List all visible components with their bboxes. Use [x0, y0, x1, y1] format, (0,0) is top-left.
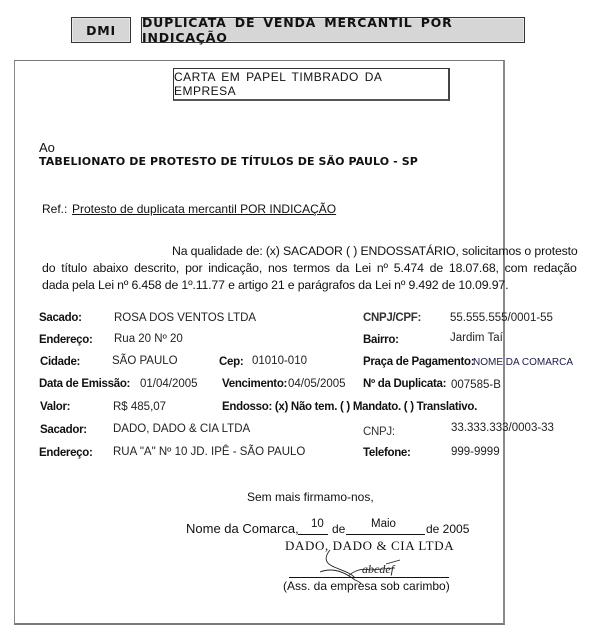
- valor-value: R$ 485,07: [113, 401, 166, 413]
- sacado-value: ROSA DOS VENTOS LTDA: [114, 312, 256, 324]
- document-title: DUPLICATA DE VENDA MERCANTIL POR INDICAÇ…: [142, 15, 524, 45]
- endereco-label: Endereço:: [39, 334, 93, 346]
- document-code: DMI: [86, 23, 116, 38]
- bairro-label: Bairro:: [363, 334, 399, 346]
- cidade-value: SÃO PAULO: [112, 355, 178, 367]
- vencimento-label: Vencimento:: [222, 378, 287, 390]
- endereco-sacador-label: Endereço:: [39, 447, 93, 459]
- body-line-2: do título abaixo descrito, por indicação…: [42, 261, 577, 275]
- closing-text: Sem mais firmamo-nos,: [247, 490, 374, 504]
- addressee: TABELIONATO DE PROTESTO DE TÍTULOS DE SÃ…: [39, 155, 418, 168]
- endosso-text: Endosso: (x) Não tem. ( ) Mandato. ( ) T…: [222, 401, 477, 413]
- cidade-label: Cidade:: [40, 356, 80, 368]
- day-underline: [298, 534, 328, 535]
- praca-pagamento-label: Praça de Pagamento:: [363, 356, 474, 368]
- date-de: de: [332, 522, 345, 536]
- letterhead-text: CARTA EM PAPEL TIMBRADO DA EMPRESA: [174, 70, 448, 98]
- date-day: 10: [311, 518, 324, 530]
- date-month: Maio: [371, 518, 396, 530]
- cep-label: Cep:: [219, 356, 243, 368]
- numero-duplicata-label: Nº da Duplicata:: [363, 378, 446, 390]
- document-title-box: DUPLICATA DE VENDA MERCANTIL POR INDICAÇ…: [141, 17, 525, 43]
- vencimento-value: 04/05/2005: [288, 378, 346, 390]
- sacado-label: Sacado:: [39, 312, 82, 324]
- cnpj-value: 33.333.333/0003-33: [451, 422, 554, 434]
- signature-line: [289, 577, 449, 578]
- data-emissao-value: 01/04/2005: [140, 378, 198, 390]
- cnpj-cpf-value: 55.555.555/0001-55: [450, 312, 553, 324]
- document-code-box: DMI: [71, 17, 131, 43]
- salutation: Ao: [39, 140, 55, 155]
- reference-label: Ref.:: [42, 202, 67, 216]
- signature-scribble-text: abcdef: [362, 562, 396, 576]
- bairro-value: Jardim Taí: [450, 332, 503, 344]
- cep-value: 01010-010: [252, 355, 307, 367]
- body-line-3: dada pela Lei nº 6.458 de 1º.11.77 e art…: [42, 278, 508, 292]
- sacador-label: Sacador:: [40, 424, 87, 436]
- date-year: de 2005: [426, 522, 469, 536]
- cnpj-cpf-label: CNPJ/CPF:: [363, 312, 421, 324]
- numero-duplicata-value: 007585-B: [451, 379, 501, 391]
- data-emissao-label: Data de Emissão:: [39, 378, 130, 390]
- sacador-value: DADO, DADO & CIA LTDA: [113, 423, 250, 435]
- endereco-sacador-value: RUA "A" Nº 10 JD. IPÊ - SÃO PAULO: [113, 446, 305, 458]
- letterhead-box: CARTA EM PAPEL TIMBRADO DA EMPRESA: [173, 68, 450, 101]
- date-place: Nome da Comarca,: [186, 521, 299, 536]
- body-line-1: Na qualidade de: (x) SACADOR ( ) ENDOSSA…: [172, 244, 578, 258]
- valor-label: Valor:: [40, 401, 70, 413]
- cnpj-label: CNPJ:: [363, 426, 395, 438]
- month-underline: [346, 534, 425, 535]
- praca-pagamento-value: NOME DA COMARCA: [473, 357, 573, 368]
- signature-caption: (Ass. da empresa sob carimbo): [283, 579, 450, 593]
- reference-text: Protesto de duplicata mercantil POR INDI…: [72, 202, 336, 216]
- telefone-value: 999-9999: [451, 446, 500, 458]
- telefone-label: Telefone:: [363, 447, 411, 459]
- endereco-value: Rua 20 Nº 20: [114, 333, 183, 345]
